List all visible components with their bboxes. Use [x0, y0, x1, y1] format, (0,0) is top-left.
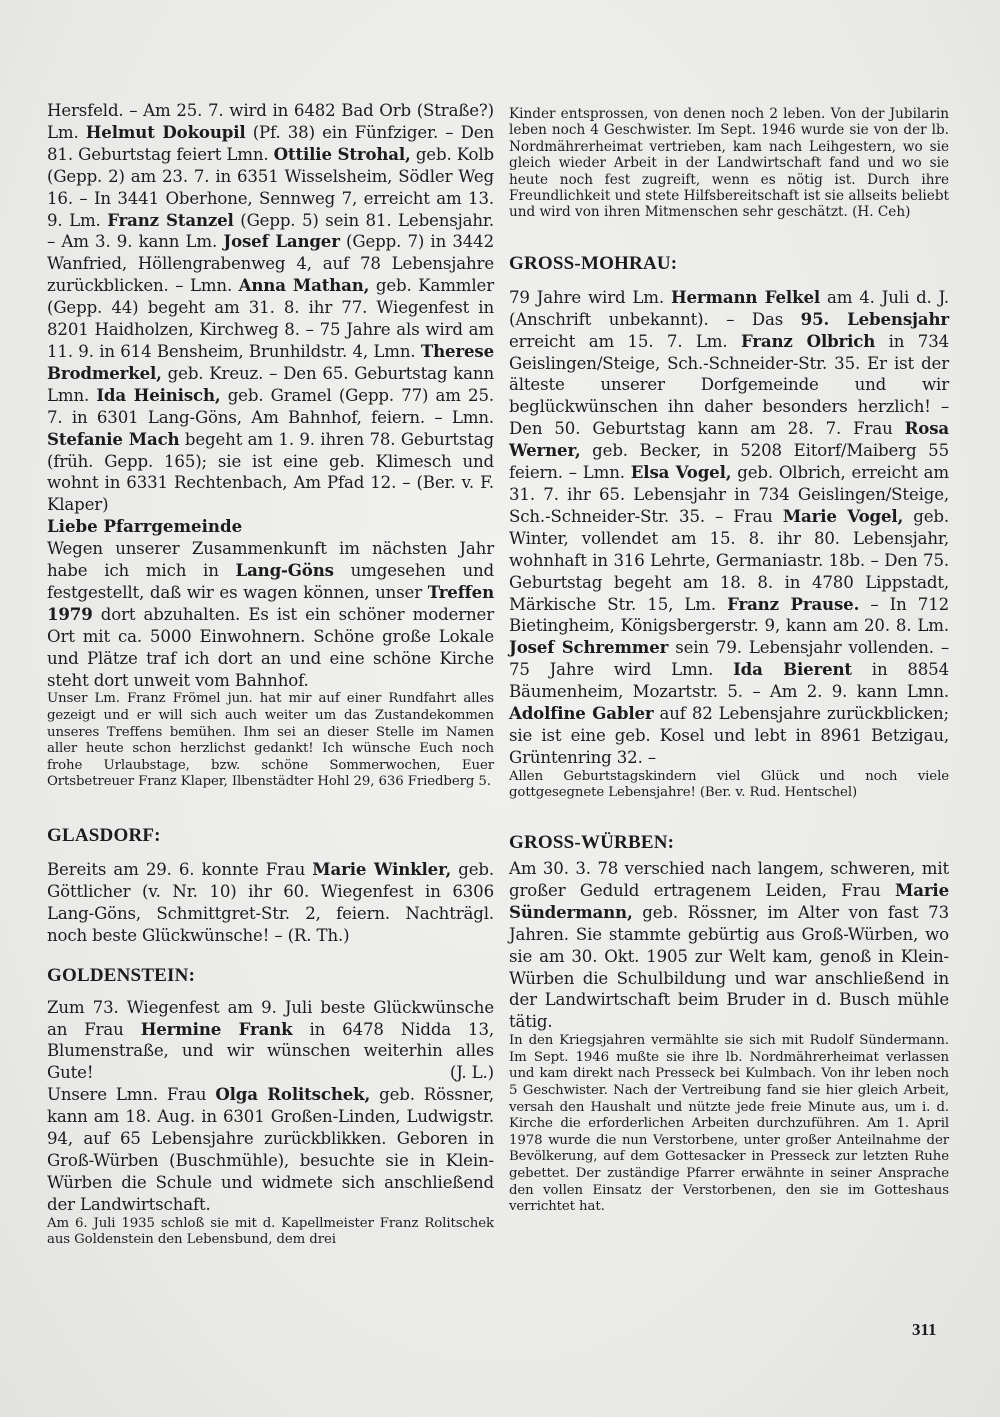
bold-name: Ottilie Strohal, [274, 144, 411, 164]
bold-name: Lang-Göns [236, 560, 334, 580]
bold-name: Franz Stanzel [107, 210, 233, 230]
bold-name: Stefanie Mach [47, 429, 179, 449]
gross-wuerben-body: Am 30. 3. 78 verschied nach langem, schw… [509, 858, 949, 1033]
goldenstein-signature: (J. L.) [450, 1062, 494, 1084]
goldenstein-small-text: Am 6. Juli 1935 schloß sie mit d. Kapell… [47, 1216, 494, 1249]
bold-name: Josef Langer [223, 231, 339, 251]
bold-name: Rosa Werner, [509, 418, 949, 460]
birthday-notices-continuation: Hersfeld. – Am 25. 7. wird in 6482 Bad O… [47, 100, 494, 516]
continuation-text: Kinder entsprossen, von denen noch 2 leb… [509, 106, 949, 221]
pfarr-heading: Liebe Pfarrgemeinde [47, 516, 494, 538]
bold-name: Josef Schremmer [509, 637, 668, 657]
page-number: 311 [912, 1320, 937, 1340]
bold-name: Treffen 1979 [47, 582, 494, 624]
gross-mohrau-body: 79 Jahre wird Lm. Hermann Felkel am 4. J… [509, 287, 949, 769]
bold-name: Olga Rolitschek, [215, 1084, 370, 1104]
goldenstein-body-2: Unsere Lmn. Frau Olga Rolitschek, geb. R… [47, 1084, 494, 1215]
bold-name: Hermann Felkel [671, 287, 820, 307]
bold-name: Hermine Frank [141, 1019, 293, 1039]
gross-mohrau-small-text: Allen Geburtstagskindern viel Glück und … [509, 769, 949, 802]
bold-name: Ida Heinisch, [96, 385, 220, 405]
section-heading-gross-wuerben: GROSS-WÜRBEN: [509, 832, 949, 854]
bold-name: Therese Brodmerkel, [47, 341, 494, 383]
bold-name: Marie Sündermann, [509, 880, 949, 922]
pfarr-small-text: Unser Lm. Franz Frömel jun. hat mir auf … [47, 691, 494, 791]
goldenstein-body-1: Zum 73. Wiegenfest am 9. Juli beste Glüc… [47, 997, 494, 1085]
bold-name: Ida Bierent [733, 659, 852, 679]
bold-name: Franz Olbrich [741, 331, 875, 351]
bold-name: Helmut Dokoupil [86, 122, 246, 142]
bold-name: Franz Prause. [727, 594, 859, 614]
bold-name: Marie Winkler, [312, 859, 451, 879]
bold-name: Marie Vogel, [783, 506, 903, 526]
glasdorf-body: Bereits am 29. 6. konnte Frau Marie Wink… [47, 859, 494, 947]
bold-name: Elsa Vogel, [631, 462, 732, 482]
bold-name: 95. Lebensjahr [801, 309, 949, 329]
bold-name: Adolfine Gabler [509, 703, 653, 723]
newspaper-page: Hersfeld. – Am 25. 7. wird in 6482 Bad O… [0, 0, 1000, 1417]
right-column: Kinder entsprossen, von denen noch 2 leb… [509, 100, 949, 1216]
pfarr-body: Wegen unserer Zusammenkunft im nächsten … [47, 538, 494, 691]
section-heading-glasdorf: GLASDORF: [47, 825, 494, 847]
left-column: Hersfeld. – Am 25. 7. wird in 6482 Bad O… [47, 100, 494, 1249]
bold-name: Anna Mathan, [239, 275, 370, 295]
gross-wuerben-small-text: In den Kriegsjahren vermählte sie sich m… [509, 1033, 949, 1216]
section-heading-goldenstein: GOLDENSTEIN: [47, 965, 494, 987]
section-heading-gross-mohrau: GROSS-MOHRAU: [509, 253, 949, 275]
